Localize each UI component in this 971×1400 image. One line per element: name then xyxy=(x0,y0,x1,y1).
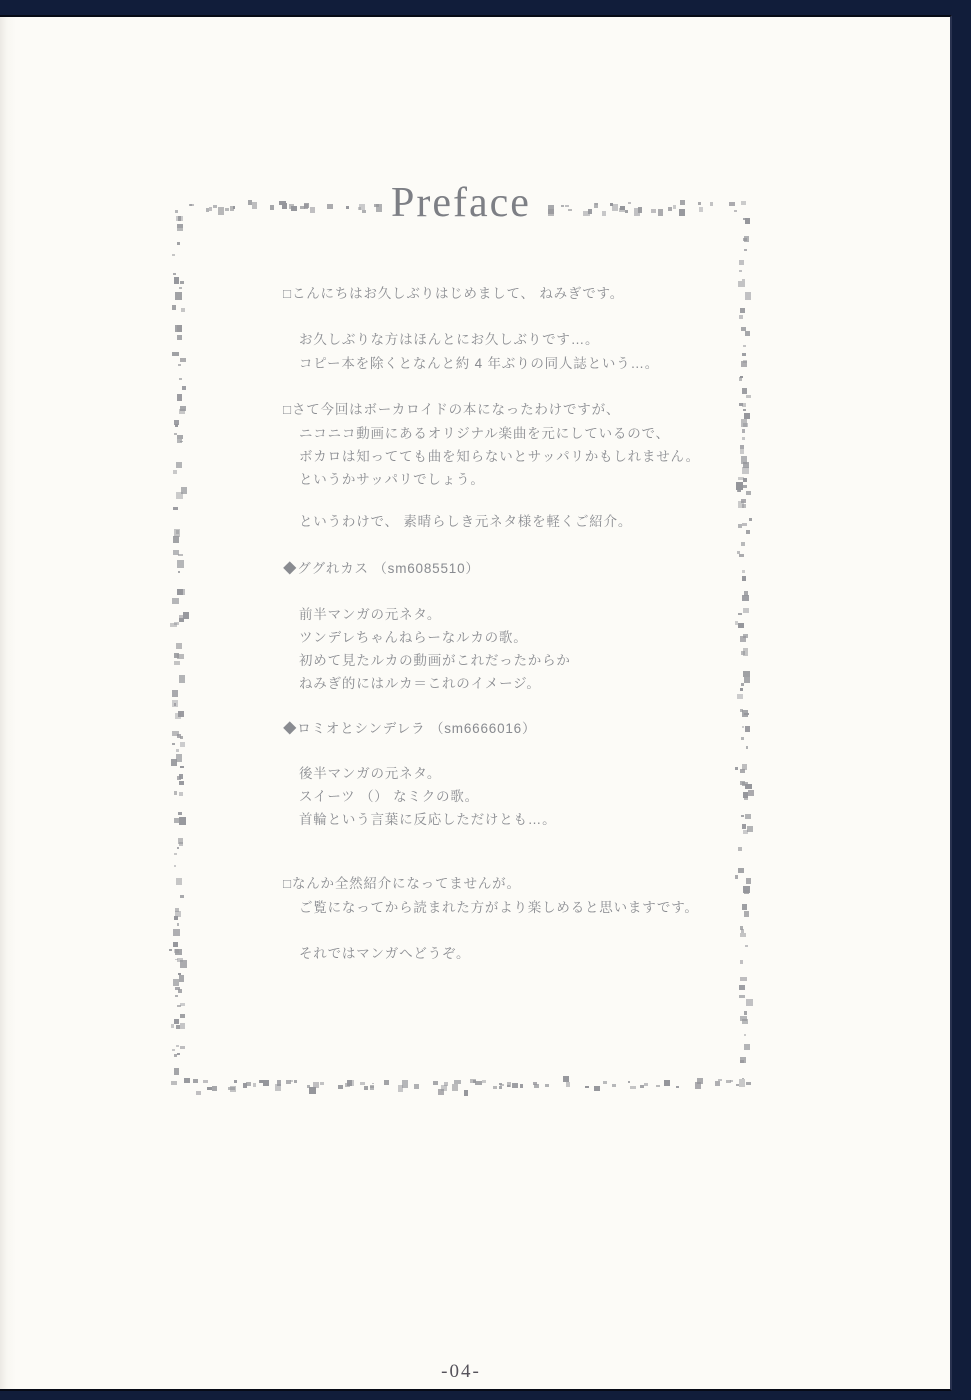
frame-dot xyxy=(739,554,744,558)
frame-dot xyxy=(699,207,703,212)
preface-line: ボカロは知ってても曲を知らないとサッパリかもしれません。 xyxy=(299,445,713,468)
frame-dot xyxy=(290,1080,293,1082)
frame-dot xyxy=(171,1024,174,1027)
frame-dot xyxy=(228,1087,235,1091)
frame-dot xyxy=(738,868,744,873)
frame-dot xyxy=(270,205,274,210)
frame-dot xyxy=(171,1081,178,1086)
frame-dot xyxy=(172,254,175,257)
frame-dot xyxy=(414,1084,419,1089)
frame-dot xyxy=(177,325,183,332)
frame-dot xyxy=(360,1082,366,1086)
frame-dot xyxy=(175,292,182,300)
frame-dot xyxy=(742,437,745,441)
frame-dot xyxy=(740,636,746,642)
frame-dot xyxy=(174,1068,179,1075)
frame-dot xyxy=(746,395,752,398)
frame-dot xyxy=(746,878,752,884)
frame-dot xyxy=(179,792,183,796)
preface-line: ねみぎ的にはルカ＝これのイメージ。 xyxy=(299,672,713,695)
frame-dot xyxy=(740,688,743,691)
frame-dot xyxy=(658,209,663,216)
frame-dot xyxy=(735,875,738,879)
frame-dot xyxy=(740,977,747,981)
frame-dot xyxy=(177,923,180,926)
frame-dot xyxy=(568,209,572,212)
preface-line: 首輪という言葉に反応しただけとも…。 xyxy=(299,808,713,831)
frame-dot xyxy=(743,423,749,427)
frame-dot xyxy=(743,345,746,347)
frame-dot xyxy=(741,929,744,933)
frame-dot xyxy=(742,279,745,281)
frame-dot xyxy=(175,424,178,427)
frame-dot xyxy=(172,700,179,707)
frame-dot xyxy=(644,1083,648,1086)
frame-dot xyxy=(656,1085,660,1088)
frame-dot xyxy=(533,1082,537,1085)
frame-dot xyxy=(180,766,184,768)
frame-dot xyxy=(170,623,177,627)
frame-dot xyxy=(673,205,676,209)
frame-dot xyxy=(743,218,746,221)
frame-dot xyxy=(327,204,332,209)
frame-dot xyxy=(745,331,750,337)
frame-dot xyxy=(710,202,714,205)
frame-dot xyxy=(172,743,175,745)
frame-dot xyxy=(664,1080,670,1086)
frame-dot xyxy=(174,818,179,823)
frame-dot xyxy=(743,478,747,482)
frame-dot xyxy=(585,1086,589,1088)
frame-dot xyxy=(743,409,746,411)
frame-dot xyxy=(177,560,184,568)
frame-dot xyxy=(741,327,746,331)
frame-dot xyxy=(744,911,749,917)
frame-dot xyxy=(180,406,186,410)
frame-dot xyxy=(177,394,182,400)
frame-dot xyxy=(253,1083,256,1086)
frame-dot xyxy=(742,710,748,717)
frame-dot xyxy=(309,1087,316,1094)
frame-dot xyxy=(174,277,179,283)
frame-dot xyxy=(738,613,742,615)
frame-dot xyxy=(193,1079,199,1083)
frame-dot xyxy=(628,202,631,204)
frame-dot xyxy=(741,361,747,367)
frame-dot xyxy=(612,1084,616,1087)
frame-dot xyxy=(203,1080,208,1083)
frame-dot xyxy=(176,878,182,885)
frame-dot xyxy=(742,429,745,433)
frame-dot xyxy=(746,1082,751,1086)
frame-dot xyxy=(174,791,178,795)
frame-dot xyxy=(172,305,176,311)
frame-dot xyxy=(610,203,613,207)
frame-dot xyxy=(739,1079,746,1087)
frame-dot xyxy=(180,1023,185,1029)
frame-dot xyxy=(179,781,185,786)
frame-dot xyxy=(565,205,569,208)
frame-dot xyxy=(173,507,179,510)
frame-dot xyxy=(180,358,187,362)
frame-dot xyxy=(744,677,750,683)
frame-dot xyxy=(177,847,180,849)
frame-dot xyxy=(680,200,686,206)
frame-dot xyxy=(638,207,642,212)
frame-dot xyxy=(545,1084,549,1087)
frame-dot xyxy=(174,949,179,953)
frame-dot xyxy=(177,335,182,340)
frame-dot xyxy=(738,847,742,851)
frame-dot xyxy=(746,999,753,1006)
frame-dot xyxy=(179,975,185,982)
frame-dot xyxy=(738,281,745,286)
frame-dot xyxy=(174,1019,179,1024)
frame-dot xyxy=(740,933,746,938)
frame-dot xyxy=(619,208,625,212)
preface-line: □こんにちはお久しぶりはじめまして、 ねみぎです。 xyxy=(283,282,713,305)
preface-heading: ◆ロミオとシンデレラ （sm6666016） xyxy=(283,717,713,740)
frame-dot xyxy=(548,209,554,216)
frame-dot xyxy=(180,1003,185,1006)
frame-dot xyxy=(402,1080,408,1088)
frame-dot xyxy=(735,767,738,770)
frame-dot xyxy=(740,1016,747,1021)
preface-line: ニコニコ動画にあるオリジナル楽曲を元にしているので、 xyxy=(299,422,713,445)
frame-dot xyxy=(178,989,182,993)
frame-dot xyxy=(718,1079,722,1082)
preface-line: コピー本を除くとなんと約 4 年ぶりの同人誌という…。 xyxy=(299,352,713,375)
preface-line: □なんか全然紹介になってませんが。 xyxy=(283,872,713,895)
frame-dot xyxy=(746,746,749,749)
frame-dot xyxy=(176,1025,180,1030)
frame-dot xyxy=(739,315,743,320)
frame-dot xyxy=(583,211,590,217)
frame-dot xyxy=(715,1081,720,1086)
frame-dot xyxy=(744,1044,750,1050)
frame-dot xyxy=(358,207,361,210)
scanned-doujinshi-page: Preface □こんにちはお久しぶりはじめまして、 ねみぎです。 お久しぶりな… xyxy=(0,0,971,1400)
frame-dot xyxy=(173,942,178,947)
frame-dot xyxy=(275,1084,281,1090)
frame-dot xyxy=(741,201,746,205)
frame-dot xyxy=(338,1085,342,1088)
frame-dot xyxy=(594,203,599,208)
frame-dot xyxy=(310,207,316,213)
preface-line: スイーツ （） なミクの歌。 xyxy=(299,785,713,808)
frame-dot xyxy=(668,207,673,211)
frame-dot xyxy=(475,1081,482,1085)
frame-dot xyxy=(184,1078,190,1083)
preface-line: お久しぶりな方はほんとにお久しぶりです…。 xyxy=(299,328,713,351)
frame-dot xyxy=(739,270,742,272)
frame-dot xyxy=(248,200,253,205)
frame-dot xyxy=(175,210,178,213)
frame-dot xyxy=(561,205,564,207)
frame-dot xyxy=(742,523,747,526)
frame-dot xyxy=(737,694,743,699)
frame-dot xyxy=(174,916,178,920)
frame-dot xyxy=(180,1046,185,1049)
frame-dot xyxy=(739,985,745,990)
frame-dot xyxy=(740,1057,747,1063)
frame-dot xyxy=(174,853,177,855)
frame-dot xyxy=(169,949,172,951)
frame-dot xyxy=(182,386,186,390)
frame-dot xyxy=(172,352,179,356)
frame-dot xyxy=(452,1084,458,1091)
frame-dot xyxy=(745,814,751,819)
preface-line: それではマンガへどうぞ。 xyxy=(299,942,713,965)
frame-dot xyxy=(177,242,180,245)
frame-dot xyxy=(212,1086,217,1091)
frame-dot xyxy=(179,287,182,290)
frame-dot xyxy=(740,308,746,313)
frame-dot xyxy=(743,671,750,678)
frame-dot xyxy=(507,1082,511,1087)
frame-dot xyxy=(384,1080,390,1085)
frame-dot xyxy=(180,736,184,740)
preface-line: □さて今回はボーカロイドの本になったわけですが、 xyxy=(283,398,713,421)
frame-dot xyxy=(740,960,743,964)
frame-dot xyxy=(370,1086,375,1090)
frame-dot xyxy=(742,403,747,407)
frame-dot xyxy=(178,711,184,717)
frame-dot xyxy=(398,1085,403,1092)
frame-dot xyxy=(745,945,748,947)
frame-dot xyxy=(729,202,735,206)
frame-dot xyxy=(737,488,741,493)
frame-dot xyxy=(172,690,178,698)
frame-dot xyxy=(175,995,178,997)
frame-dot xyxy=(180,441,183,443)
frame-dot xyxy=(177,1053,180,1056)
frame-dot xyxy=(742,388,748,395)
frame-dot xyxy=(520,1084,523,1088)
frame-dot xyxy=(742,595,749,601)
frame-dot xyxy=(746,530,751,535)
frame-dot xyxy=(603,1081,607,1085)
frame-dot xyxy=(748,790,754,796)
frame-dot xyxy=(441,1085,448,1091)
frame-dot xyxy=(697,1078,703,1085)
frame-dot xyxy=(433,1081,438,1085)
frame-dot xyxy=(738,524,742,527)
frame-dot xyxy=(741,815,744,817)
frame-dot xyxy=(743,648,749,655)
frame-dot xyxy=(743,830,748,833)
frame-dot xyxy=(735,621,738,624)
frame-dot xyxy=(171,759,178,766)
frame-dot xyxy=(196,1091,202,1096)
preface-text-block: □こんにちはお久しぶりはじめまして、 ねみぎです。 お久しぶりな方はほんとにお久… xyxy=(283,282,713,965)
frame-dot xyxy=(347,1080,352,1086)
frame-dot xyxy=(178,812,181,815)
frame-dot xyxy=(745,784,752,789)
frame-dot xyxy=(179,618,184,623)
frame-dot xyxy=(734,210,737,213)
frame-dot xyxy=(676,1086,679,1088)
preface-line: 初めて見たルカの動画がこれだったからか xyxy=(299,649,713,672)
frame-dot xyxy=(744,1034,747,1037)
frame-dot xyxy=(374,204,379,207)
frame-dot xyxy=(742,824,746,829)
frame-dot xyxy=(173,536,179,543)
frame-dot xyxy=(739,995,745,999)
frame-dot xyxy=(744,249,747,251)
frame-dot xyxy=(179,842,182,846)
frame-dot xyxy=(176,749,179,752)
frame-dot xyxy=(743,608,749,614)
frame-dot xyxy=(173,929,180,937)
frame-dot xyxy=(464,1090,469,1096)
frame-dot xyxy=(178,571,181,573)
frame-dot xyxy=(178,554,182,557)
frame-dot xyxy=(741,737,744,740)
frame-dot xyxy=(740,449,744,454)
frame-dot xyxy=(679,209,685,216)
frame-dot xyxy=(741,542,745,547)
frame-dot xyxy=(745,292,752,300)
frame-dot xyxy=(177,654,184,659)
frame-dot xyxy=(279,201,286,206)
frame-dot xyxy=(178,216,182,221)
frame-dot xyxy=(178,364,181,366)
frame-dot xyxy=(630,1086,636,1090)
frame-dot xyxy=(173,273,176,276)
frame-dot xyxy=(291,206,297,212)
frame-dot xyxy=(628,1081,631,1083)
frame-dot xyxy=(172,598,179,604)
frame-dot xyxy=(625,210,628,214)
frame-dot xyxy=(739,260,744,265)
frame-dot xyxy=(176,530,179,533)
frame-dot xyxy=(364,1086,368,1090)
page-number: -04- xyxy=(172,1361,750,1383)
frame-dot xyxy=(742,576,746,581)
frame-dot xyxy=(482,1080,486,1083)
frame-dot xyxy=(234,1080,237,1083)
frame-dot xyxy=(179,817,186,825)
frame-dot xyxy=(566,1082,570,1087)
frame-dot xyxy=(741,683,745,686)
frame-dot xyxy=(698,202,701,205)
frame-dot xyxy=(177,224,183,231)
frame-dot xyxy=(233,206,236,209)
frame-dot xyxy=(174,865,177,868)
preface-line: ツンデレちゃんねらーなルカの歌。 xyxy=(299,626,713,649)
frame-dot xyxy=(179,675,185,683)
frame-dot xyxy=(218,207,224,215)
preface-line: というかサッパリでしょう。 xyxy=(299,468,713,491)
frame-dot xyxy=(180,742,185,747)
frame-dot xyxy=(176,1045,179,1047)
frame-dot xyxy=(180,960,186,968)
frame-dot xyxy=(563,1076,569,1083)
frame-dot xyxy=(177,589,183,596)
frame-dot xyxy=(746,491,751,495)
frame-dot xyxy=(744,236,749,241)
frame-dot xyxy=(473,1080,477,1083)
frame-dot xyxy=(602,211,606,216)
frame-dot xyxy=(499,1086,502,1089)
frame-dot xyxy=(640,1085,644,1088)
frame-dot xyxy=(346,206,349,209)
preface-heading: ◆ググれカス （sm6085510） xyxy=(283,557,713,580)
frame-dot xyxy=(320,1082,324,1085)
frame-dot xyxy=(213,205,217,208)
frame-dot xyxy=(594,1086,601,1091)
frame-dot xyxy=(740,781,745,786)
frame-dot xyxy=(190,204,193,206)
frame-dot xyxy=(176,462,182,468)
frame-dot xyxy=(225,208,229,211)
frame-dot xyxy=(180,1014,185,1018)
frame-dot xyxy=(173,979,179,986)
frame-dot xyxy=(744,413,751,419)
frame-dot xyxy=(499,1083,502,1085)
preface-line: ご覧になってから読まれた方がより楽しめると思いますです。 xyxy=(299,896,713,919)
preface-line: 後半マンガの元ネタ。 xyxy=(299,762,713,785)
frame-dot xyxy=(263,1080,270,1086)
frame-dot xyxy=(174,661,180,665)
frame-dot xyxy=(651,209,656,213)
frame-dot xyxy=(742,570,745,573)
frame-dot xyxy=(246,1082,251,1086)
preface-line: というわけで、 素晴らしき元ネタ様を軽くご紹介。 xyxy=(299,510,713,533)
frame-dot xyxy=(173,470,177,474)
frame-dot xyxy=(372,1083,375,1085)
paper-page: Preface □こんにちはお久しぶりはじめまして、 ねみぎです。 お久しぶりな… xyxy=(0,15,952,1391)
frame-dot xyxy=(180,281,184,284)
frame-dot xyxy=(294,1080,298,1083)
frame-dot xyxy=(181,487,187,494)
frame-dot xyxy=(742,764,747,770)
frame-dot xyxy=(493,1086,497,1089)
frame-dot xyxy=(172,1049,175,1052)
frame-dot xyxy=(742,353,746,356)
frame-dot xyxy=(512,1083,518,1088)
frame-dot xyxy=(738,501,744,509)
frame-dot xyxy=(738,623,744,628)
frame-dot xyxy=(740,376,743,379)
frame-dot xyxy=(742,467,749,474)
frame-dot xyxy=(304,204,308,209)
frame-dot xyxy=(742,904,747,910)
frame-dot xyxy=(362,210,366,214)
frame-dot xyxy=(744,1011,747,1015)
frame-dot xyxy=(744,797,749,800)
frame-dot xyxy=(742,726,745,728)
frame-dot xyxy=(179,378,182,381)
frame-dot xyxy=(726,1080,731,1084)
frame-dot xyxy=(745,726,750,732)
frame-dot xyxy=(180,895,184,898)
frame-dot xyxy=(743,485,748,488)
frame-dot xyxy=(179,774,183,779)
preface-line: 前半マンガの元ネタ。 xyxy=(299,603,713,626)
frame-dot xyxy=(177,435,184,439)
frame-dot xyxy=(749,518,753,520)
frame-dot xyxy=(181,308,185,313)
frame-dot xyxy=(176,643,182,649)
frame-dot xyxy=(743,886,750,893)
